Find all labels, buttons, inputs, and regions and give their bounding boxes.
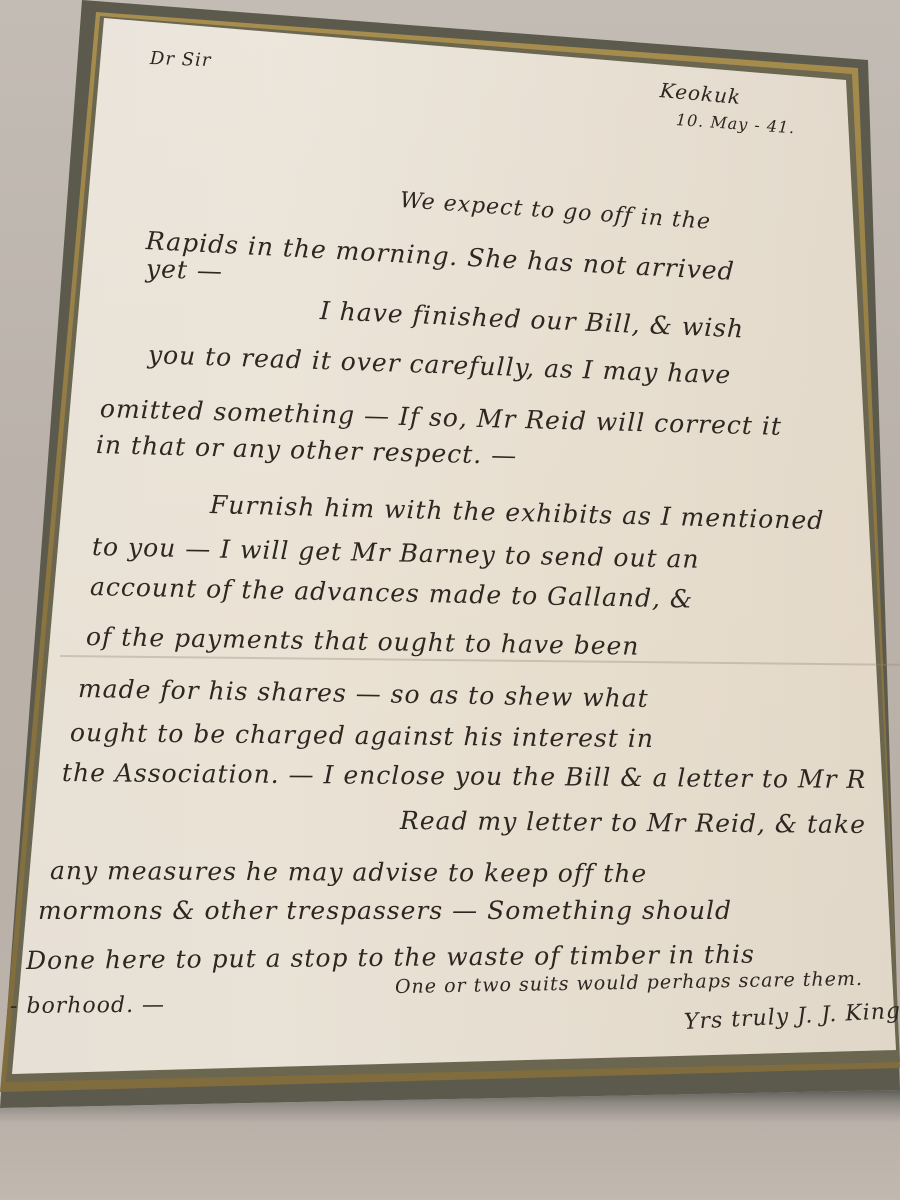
letter-line: Read my letter to Mr Reid, & take — [400, 806, 866, 839]
letter-line: ought to be charged against his interest… — [70, 718, 654, 753]
letter-line: - borhood. — — [10, 993, 165, 1019]
letter-line: yet — — [145, 254, 223, 286]
mat-board-lower — [0, 1090, 900, 1200]
letter-signature-name: J. J. King — [797, 999, 900, 1029]
letter-line: mormons & other trespassers — Something … — [38, 896, 732, 925]
letter-salutation: Dr Sir — [150, 48, 212, 71]
photo-stage: Dr Sir Keokuk 10. May - 41. We expect to… — [0, 0, 900, 1200]
letter-line: any measures he may advise to keep off t… — [50, 856, 647, 888]
